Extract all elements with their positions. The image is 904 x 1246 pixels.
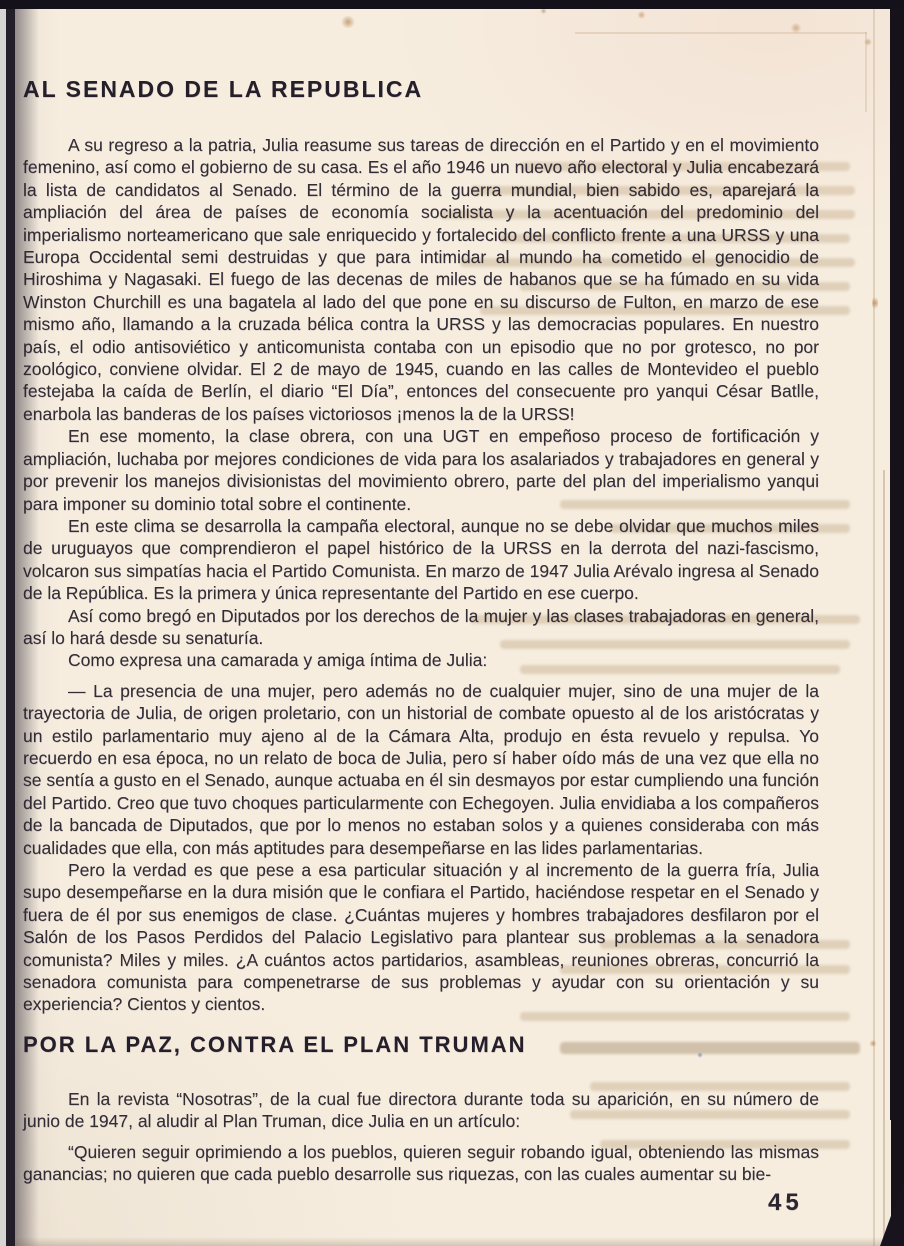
paragraph: Como expresa una camarada y amiga íntima… — [23, 649, 819, 671]
scan-right-edge — [890, 0, 904, 1246]
foxing-spot — [864, 38, 872, 46]
foxing-spot — [340, 16, 356, 28]
page-text-block: AL SENADO DE LA REPUBLICA A su regreso a… — [23, 76, 819, 1185]
paragraph: Así como bregó en Diputados por los dere… — [23, 605, 819, 650]
scan-top-edge — [0, 0, 904, 9]
section-heading-senado: AL SENADO DE LA REPUBLICA — [23, 76, 819, 102]
page-number: 45 — [768, 1189, 803, 1217]
foxing-spot — [869, 1040, 877, 1047]
paragraph: En la revista “Nosotras”, de la cual fue… — [23, 1088, 819, 1133]
paragraph: A su regreso a la patria, Julia reasume … — [23, 134, 819, 425]
scanned-book-page: AL SENADO DE LA REPUBLICA A su regreso a… — [0, 0, 904, 1246]
page-fold-line — [873, 0, 875, 1246]
page-gutter-fade — [15, 8, 39, 1246]
page-gutter-shadow — [6, 8, 15, 1246]
foxing-spot — [790, 23, 802, 33]
section-heading-plan-truman: POR LA PAZ, CONTRA EL PLAN TRUMAN — [23, 1032, 819, 1058]
page-corner-line — [575, 32, 867, 34]
foxing-spot — [637, 11, 646, 19]
bottom-shadow — [0, 1237, 904, 1246]
paragraph: En este clima se desarrolla la campaña e… — [23, 515, 819, 605]
paragraph-quote: “Quieren seguir oprimiendo a los pueblos… — [23, 1141, 819, 1186]
paragraph-quote-dash: — La presencia de una mujer, pero además… — [23, 680, 819, 859]
foxing-spot — [872, 295, 878, 311]
paragraph: Pero la verdad es que pese a esa particu… — [23, 859, 819, 1016]
paragraph: En ese momento, la clase obrera, con una… — [23, 425, 819, 515]
